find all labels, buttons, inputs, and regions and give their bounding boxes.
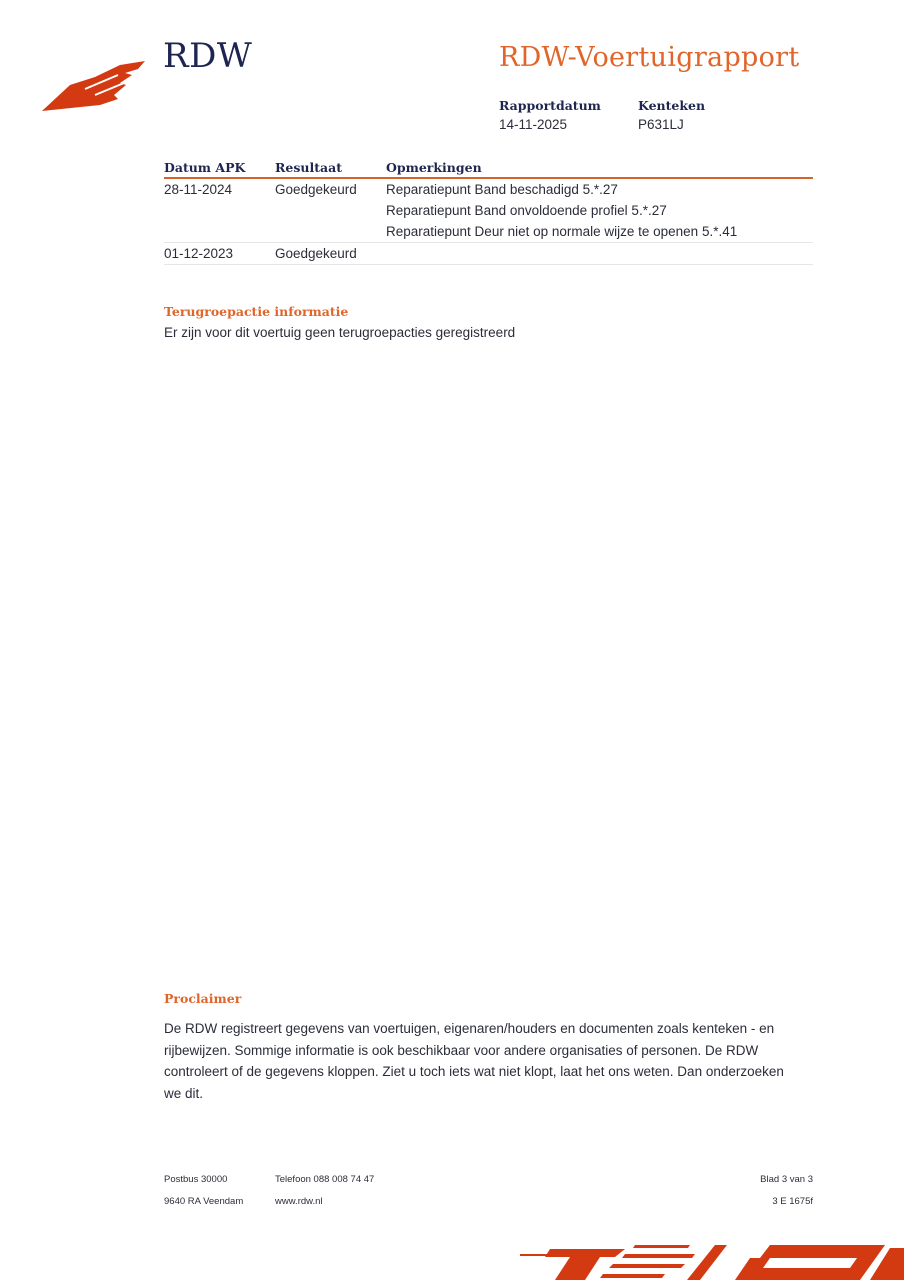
footer-phone: Telefoon 088 008 74 47 <box>275 1174 374 1185</box>
remark-item: Reparatiepunt Deur niet op normale wijze… <box>386 221 813 242</box>
apk-table: Datum APK Resultaat Opmerkingen 28-11-20… <box>164 160 813 265</box>
recall-heading: Terugroepactie informatie <box>164 304 348 319</box>
footer-address-line1: Postbus 30000 <box>164 1174 227 1185</box>
table-row: 01-12-2023 Goedgekeurd <box>164 243 813 265</box>
disclaimer-heading: Proclaimer <box>164 991 241 1006</box>
apk-date: 28-11-2024 <box>164 178 275 243</box>
license-plate-block: Kenteken P631LJ <box>638 98 705 132</box>
footer-code: 3 E 1675f <box>772 1196 813 1207</box>
column-header-date: Datum APK <box>164 160 275 178</box>
apk-result: Goedgekeurd <box>275 178 386 243</box>
logo-text: RDW <box>163 36 252 76</box>
report-title: RDW-Voertuigrapport <box>499 42 800 73</box>
apk-remarks <box>386 243 813 265</box>
table-row: 28-11-2024 Goedgekeurd Reparatiepunt Ban… <box>164 178 813 243</box>
footer-website-link[interactable]: www.rdw.nl <box>275 1196 323 1207</box>
column-header-remarks: Opmerkingen <box>386 160 813 178</box>
rdw-decorative-stripes-icon <box>515 1240 904 1280</box>
column-header-result: Resultaat <box>275 160 386 178</box>
apk-date: 01-12-2023 <box>164 243 275 265</box>
footer-page-number: Blad 3 van 3 <box>760 1174 813 1185</box>
rdw-feather-logo-icon <box>40 55 150 115</box>
report-date-value: 14-11-2025 <box>499 117 601 132</box>
report-date-label: Rapportdatum <box>499 98 601 113</box>
recall-text: Er zijn voor dit voertuig geen terugroep… <box>164 325 515 340</box>
remark-item: Reparatiepunt Band beschadigd 5.*.27 <box>386 179 813 200</box>
remark-item: Reparatiepunt Band onvoldoende profiel 5… <box>386 200 813 221</box>
disclaimer-text: De RDW registreert gegevens van voertuig… <box>164 1018 804 1104</box>
apk-remarks: Reparatiepunt Band beschadigd 5.*.27 Rep… <box>386 178 813 243</box>
footer-address-line2: 9640 RA Veendam <box>164 1196 243 1207</box>
license-plate-value: P631LJ <box>638 117 705 132</box>
license-plate-label: Kenteken <box>638 98 705 113</box>
apk-result: Goedgekeurd <box>275 243 386 265</box>
report-date-block: Rapportdatum 14-11-2025 <box>499 98 601 132</box>
